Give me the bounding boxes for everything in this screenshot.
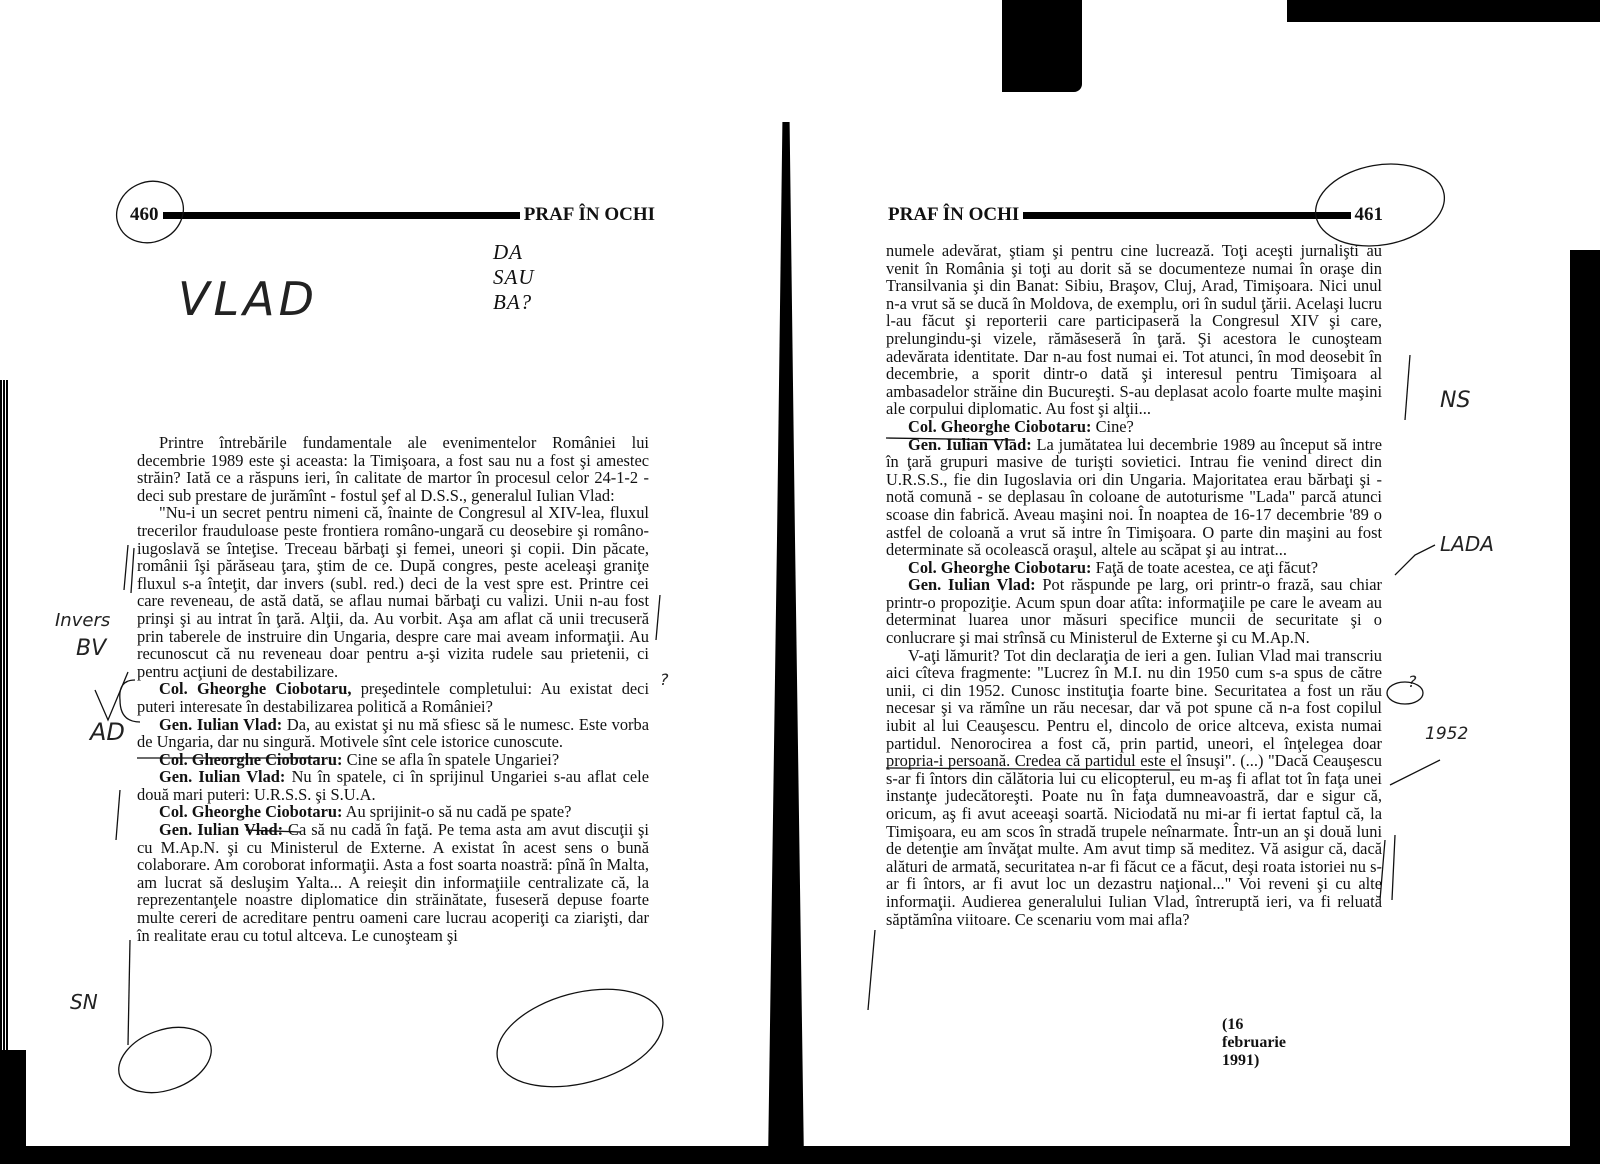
right-page-body: numele adevărat, ştiam şi pentru cine lu… (886, 242, 1382, 928)
handwritten-note-ad: AD (90, 718, 125, 746)
dialogue-line: Col. Gheorghe Ciobotaru, preşedintele co… (137, 680, 649, 715)
handwritten-note-lada: LADA (1440, 532, 1494, 556)
handwritten-question-mark: ? (660, 670, 669, 689)
dialogue-line: Gen. Iulian Vlad: Ca să nu cadă în faţă.… (137, 821, 649, 944)
header-rule (163, 212, 520, 219)
margin-line-icon (128, 940, 130, 1045)
handwritten-note-ns: NS (1440, 388, 1470, 413)
handwritten-note-1952: 1952 (1425, 724, 1468, 744)
circle-annotation-icon (486, 973, 674, 1104)
closing-paragraph: V-aţi lămurit? Tot din declaraţia de ier… (886, 647, 1382, 929)
margin-line-icon (124, 545, 134, 593)
circle-question-icon (1387, 682, 1423, 704)
handwritten-note-invers: Invers (55, 610, 110, 631)
article-title: DA SAU BA? (493, 240, 534, 315)
handwritten-question-mark: ? (1408, 672, 1417, 691)
handwritten-note-sn: SN (70, 990, 98, 1014)
dialogue-line: Col. Gheorghe Ciobotaru: Faţă de toate a… (886, 559, 1382, 577)
scan-artifact-top-right (1287, 0, 1600, 22)
publication-date: (16 februarie 1991) (1222, 1016, 1286, 1070)
circle-annotation-icon (110, 1015, 221, 1104)
dialogue-line: Gen. Iulian Vlad: Pot răspunde pe larg, … (886, 576, 1382, 646)
scan-artifact-top (1002, 0, 1082, 92)
running-header: PRAF ÎN OCHI (888, 204, 1019, 226)
handwritten-note-bv: BV (76, 636, 106, 661)
dialogue-line: Gen. Iulian Vlad: Nu în spatele, ci în s… (137, 768, 649, 803)
dialogue-line: Gen. Iulian Vlad: La jumătatea lui decem… (886, 436, 1382, 559)
continuation-paragraph: numele adevărat, ştiam şi pentru cine lu… (886, 242, 1382, 418)
left-page-header: 460 PRAF ÎN OCHI (130, 204, 655, 226)
margin-line-icon (1390, 760, 1440, 785)
running-header: PRAF ÎN OCHI (524, 204, 655, 226)
dialogue-line: Col. Gheorghe Ciobotaru: Cine? (886, 418, 1382, 436)
margin-line-icon (1380, 835, 1395, 900)
checkmark-icon (1395, 545, 1435, 575)
dialogue-line: Col. Gheorghe Ciobotaru: Cine se afla în… (137, 751, 649, 769)
scan-edge-bottom (0, 1146, 1600, 1164)
dialogue-line: Gen. Iulian Vlad: Da, au existat şi nu m… (137, 716, 649, 751)
page-number: 460 (130, 204, 159, 226)
page-number: 461 (1355, 204, 1384, 226)
header-rule (1023, 212, 1350, 219)
checkmark-icon (95, 672, 128, 720)
handwritten-note-vlad: VLAD (178, 272, 318, 326)
left-page-body: Printre întrebările fundamentale ale eve… (137, 434, 649, 944)
dialogue-line: Col. Gheorghe Ciobotaru: Au sprijinit-o … (137, 803, 649, 821)
margin-line-icon (656, 595, 660, 640)
book-gutter (768, 122, 804, 1164)
scan-edge-left (0, 380, 8, 1164)
scan-edge-right (1570, 250, 1600, 1164)
quote-paragraph: "Nu-i un secret pentru nimeni că, înaint… (137, 504, 649, 680)
margin-line-icon (868, 930, 875, 1010)
right-page-header: PRAF ÎN OCHI 461 (888, 204, 1383, 226)
margin-line-icon (116, 790, 120, 840)
intro-paragraph: Printre întrebările fundamentale ale eve… (137, 434, 649, 504)
margin-line-icon (1405, 355, 1410, 420)
